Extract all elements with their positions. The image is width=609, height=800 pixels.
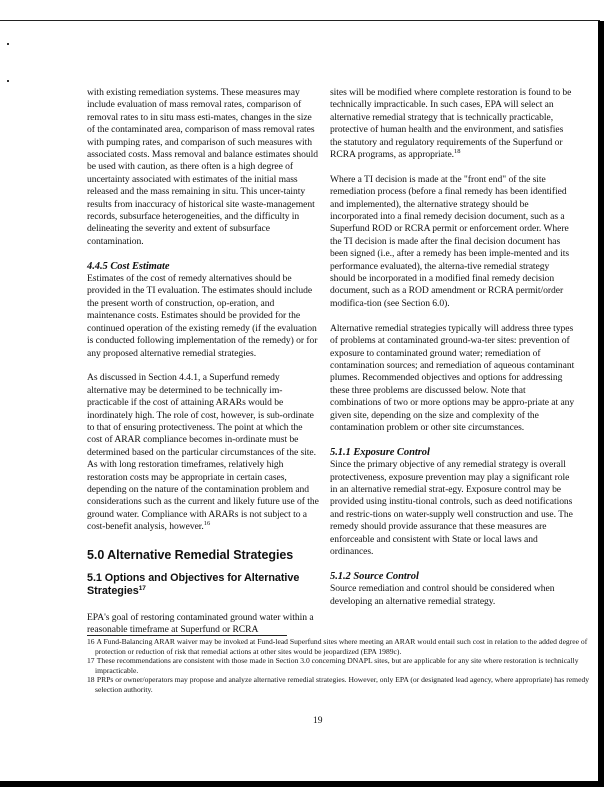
footnote-18: 18 PRPs or owner/operators may propose a… bbox=[87, 675, 592, 694]
scan-right-border bbox=[598, 21, 604, 787]
right-paragraph-2: Where a TI decision is made at the "fron… bbox=[330, 174, 575, 310]
cost-estimate-paragraph-2: As discussed in Section 4.4.1, a Superfu… bbox=[87, 372, 319, 533]
paragraph-text: As discussed in Section 4.4.1, a Superfu… bbox=[87, 372, 319, 532]
scan-speck bbox=[7, 80, 9, 82]
footnote-16: 16 A Fund-Balancing ARAR waiver may be i… bbox=[87, 637, 592, 656]
section-5-1-heading: 5.1 Options and Objectives for Alternati… bbox=[87, 572, 319, 598]
footnote-number: 16 bbox=[87, 637, 95, 647]
footnote-separator bbox=[87, 635, 287, 636]
footnote-number: 18 bbox=[87, 675, 95, 685]
footnote-text: PRPs or owner/operators may propose and … bbox=[95, 675, 589, 694]
footnote-ref-16[interactable]: 16 bbox=[204, 520, 210, 527]
cost-estimate-paragraph-1: Estimates of the cost of remedy alternat… bbox=[87, 273, 319, 360]
source-control-paragraph: Source remediation and control should be… bbox=[330, 583, 575, 608]
right-paragraph-1: sites will be modified where complete re… bbox=[330, 87, 575, 161]
heading-text: 5.1 Options and Objectives for Alternati… bbox=[87, 572, 299, 597]
exposure-control-paragraph: Since the primary objective of any remed… bbox=[330, 459, 575, 558]
footnote-ref-18[interactable]: 18 bbox=[454, 148, 460, 155]
paragraph-text: sites will be modified where complete re… bbox=[330, 87, 571, 160]
footnote-number: 17 bbox=[87, 656, 95, 666]
scan-top-edge-line bbox=[0, 20, 600, 21]
intro-paragraph: with existing remediation systems. These… bbox=[87, 87, 319, 248]
right-paragraph-3: Alternative remedial strategies typicall… bbox=[330, 323, 575, 435]
section-5-1-1-heading: 5.1.1 Exposure Control bbox=[330, 447, 575, 459]
scan-bottom-border bbox=[0, 781, 604, 787]
right-column: sites will be modified where complete re… bbox=[330, 87, 575, 608]
footnote-ref-17[interactable]: 17 bbox=[139, 585, 146, 592]
footnote-17: 17 These recommendations are consistent … bbox=[87, 656, 592, 675]
section-4-4-5-heading: 4.4.5 Cost Estimate bbox=[87, 261, 319, 273]
page-number: 19 bbox=[313, 716, 323, 726]
footnotes: 16 A Fund-Balancing ARAR waiver may be i… bbox=[87, 637, 592, 695]
footnote-text: A Fund-Balancing ARAR waiver may be invo… bbox=[95, 637, 587, 656]
scan-speck bbox=[7, 43, 9, 45]
section-5-1-paragraph-1: EPA's goal of restoring contaminated gro… bbox=[87, 612, 319, 637]
footnote-text: These recommendations are consistent wit… bbox=[95, 656, 579, 675]
left-column: with existing remediation systems. These… bbox=[87, 87, 319, 636]
section-5-1-2-heading: 5.1.2 Source Control bbox=[330, 571, 575, 583]
section-5-0-heading: 5.0 Alternative Remedial Strategies bbox=[87, 548, 319, 563]
